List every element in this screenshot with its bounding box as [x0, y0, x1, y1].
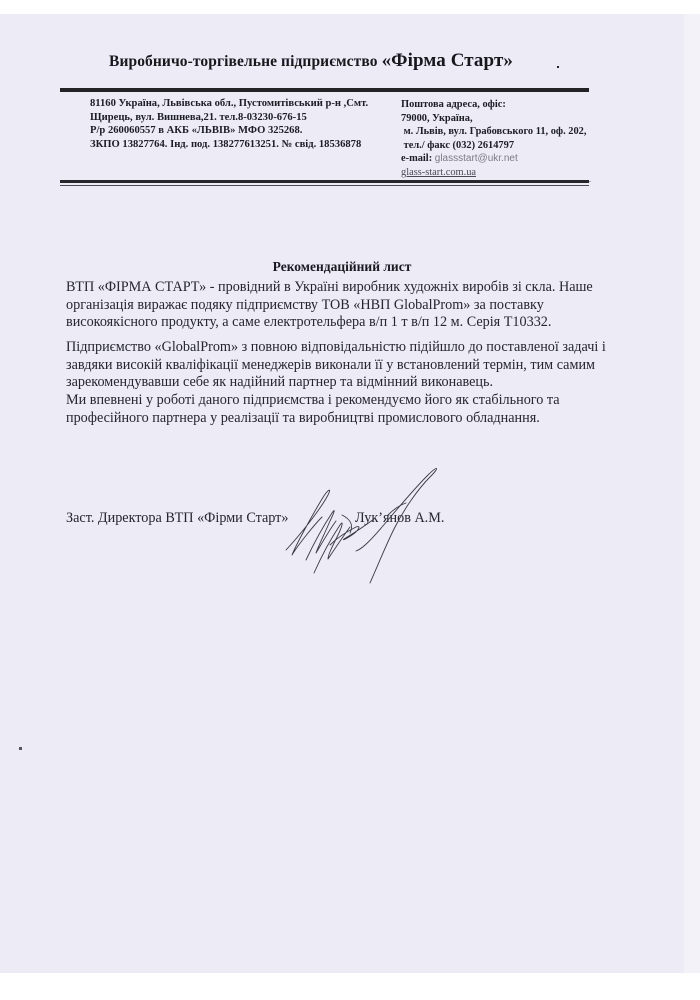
legal-address-line: Щирець, вул. Вишнева,21. тел.8-03230-676…: [90, 111, 368, 125]
paragraph-line: організація виражає подяку підприємству …: [66, 297, 626, 315]
letter-paragraph-1: ВТП «ФІРМА СТАРТ» - провідний в Україні …: [66, 279, 626, 332]
letterhead-title: Виробничо-торгівельне підприємство «Фірм…: [109, 50, 513, 72]
header-bottom-rule-thin: [60, 185, 589, 186]
header-bottom-rule-thick: [60, 180, 589, 183]
scan-artifact-dot: [19, 747, 22, 750]
letter-paragraph-2: Підприємство «GlobalProm» з повною відпо…: [66, 339, 626, 392]
company-brand-name: «Фірма Старт»: [382, 50, 513, 71]
header-top-rule: [60, 88, 589, 92]
letter-heading: Рекомендаційний лист: [0, 259, 684, 275]
title-dot-mark: [557, 66, 559, 68]
paragraph-line: високоякісного продукту, а саме електрот…: [66, 314, 626, 332]
letter-paragraph-3: Ми впевнені у роботі даного підприємства…: [66, 392, 626, 427]
legal-address-block: 81160 Україна, Львівська обл., Пустомиті…: [90, 97, 368, 151]
phone-fax-line: тел./ факс (032) 2614797: [401, 139, 591, 153]
paragraph-line: зарекомендувавши себе як надійний партне…: [66, 374, 626, 392]
postal-address-block: Поштова адреса, офіс: 79000, Україна, м.…: [401, 98, 591, 182]
email-label: e-mail:: [401, 153, 435, 164]
paragraph-line: завдяки високій кваліфікації менеджерів …: [66, 357, 626, 375]
postal-address-line: м. Львів, вул. Грабовського 11, оф. 202,: [401, 125, 591, 139]
scan-margin: [684, 14, 700, 973]
paragraph-line: Підприємство «GlobalProm» з повною відпо…: [66, 339, 626, 357]
legal-address-line: 81160 Україна, Львівська обл., Пустомиті…: [90, 97, 368, 111]
paragraph-line: професійного партнера у реалізації та ви…: [66, 410, 626, 428]
handwritten-signature-icon: [270, 455, 450, 585]
title-prefix: Виробничо-торгівельне підприємство: [109, 53, 382, 70]
bank-details-line: Р/р 260060557 в АКБ «ЛЬВІВ» МФО 325268.: [90, 124, 368, 138]
paragraph-line: ВТП «ФІРМА СТАРТ» - провідний в Україні …: [66, 279, 626, 297]
postal-address-label: Поштова адреса, офіс:: [401, 98, 591, 112]
email-line: e-mail: glassstart@ukr.net: [401, 152, 591, 166]
postal-address-line: 79000, Україна,: [401, 112, 591, 126]
signatory-role: Заст. Директора ВТП «Фірми Старт»: [66, 510, 288, 527]
email-link[interactable]: glassstart@ukr.net: [435, 153, 518, 164]
registration-details-line: ЗКПО 13827764. Інд. под. 138277613251. №…: [90, 138, 368, 152]
paragraph-line: Ми впевнені у роботі даного підприємства…: [66, 392, 626, 410]
website-link[interactable]: glass-start.com.ua: [401, 167, 476, 178]
